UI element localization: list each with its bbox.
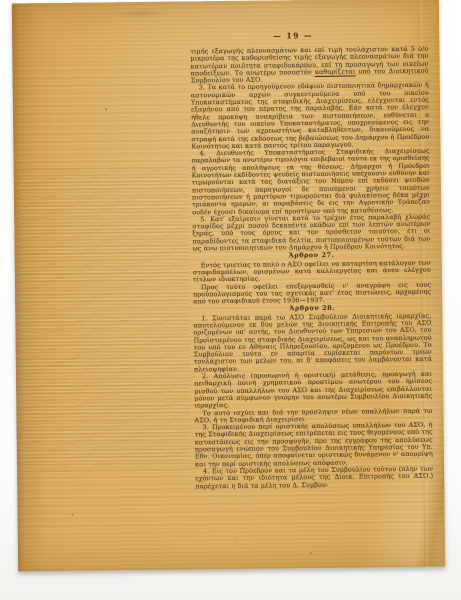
text-column: τιμής εξαγωγής πλεονασμάτων και επί τιμή… <box>190 46 433 490</box>
paper-scan-banding-left <box>20 166 191 473</box>
ink-speck <box>105 108 107 110</box>
body-paragraph: 5. Κατ' εξαίρεσιν γίνεται κατά το τρέχον… <box>192 214 430 253</box>
paper-sheet: — 19 — τιμής εξαγωγής πλεονασμάτων και ε… <box>12 0 445 571</box>
ink-speck <box>72 514 74 516</box>
body-paragraph: τιμής εξαγωγής πλεονασμάτων και επί τιμή… <box>190 46 428 85</box>
pencil-smudge <box>110 10 170 18</box>
underlined-word: καθορίζεται <box>315 67 356 76</box>
ink-speck <box>236 537 238 538</box>
body-paragraph: 2. Απόλυσις (προσωρινή ή οριστική) μετάθ… <box>194 371 432 410</box>
page-number: — 19 — <box>174 30 412 42</box>
body-paragraph: 4. Διευθυντής Υποκαταστήματος Σταφιδικής… <box>191 148 430 216</box>
body-paragraph: Προς τούτο οφείλει επεξεργασθείς ν' αναγ… <box>193 281 431 306</box>
body-paragraph: 3. Τα κατά το προηγούμενον εδάφιον πιστο… <box>191 82 430 150</box>
body-paragraph: 4. Εις τον Πρόεδρον και τα μέλη του Συμβ… <box>195 466 433 491</box>
ink-speck <box>310 552 312 554</box>
scanned-document-page: — 19 — τιμής εξαγωγής πλεονασμάτων και ε… <box>0 0 461 600</box>
body-paragraph: 1. Συνιστάται παρά τω ΑΣΟ Συμβούλιον Διο… <box>193 312 432 373</box>
body-paragraph: 3. Προκειμένου περί οριστικής απολύσεως … <box>195 422 433 468</box>
